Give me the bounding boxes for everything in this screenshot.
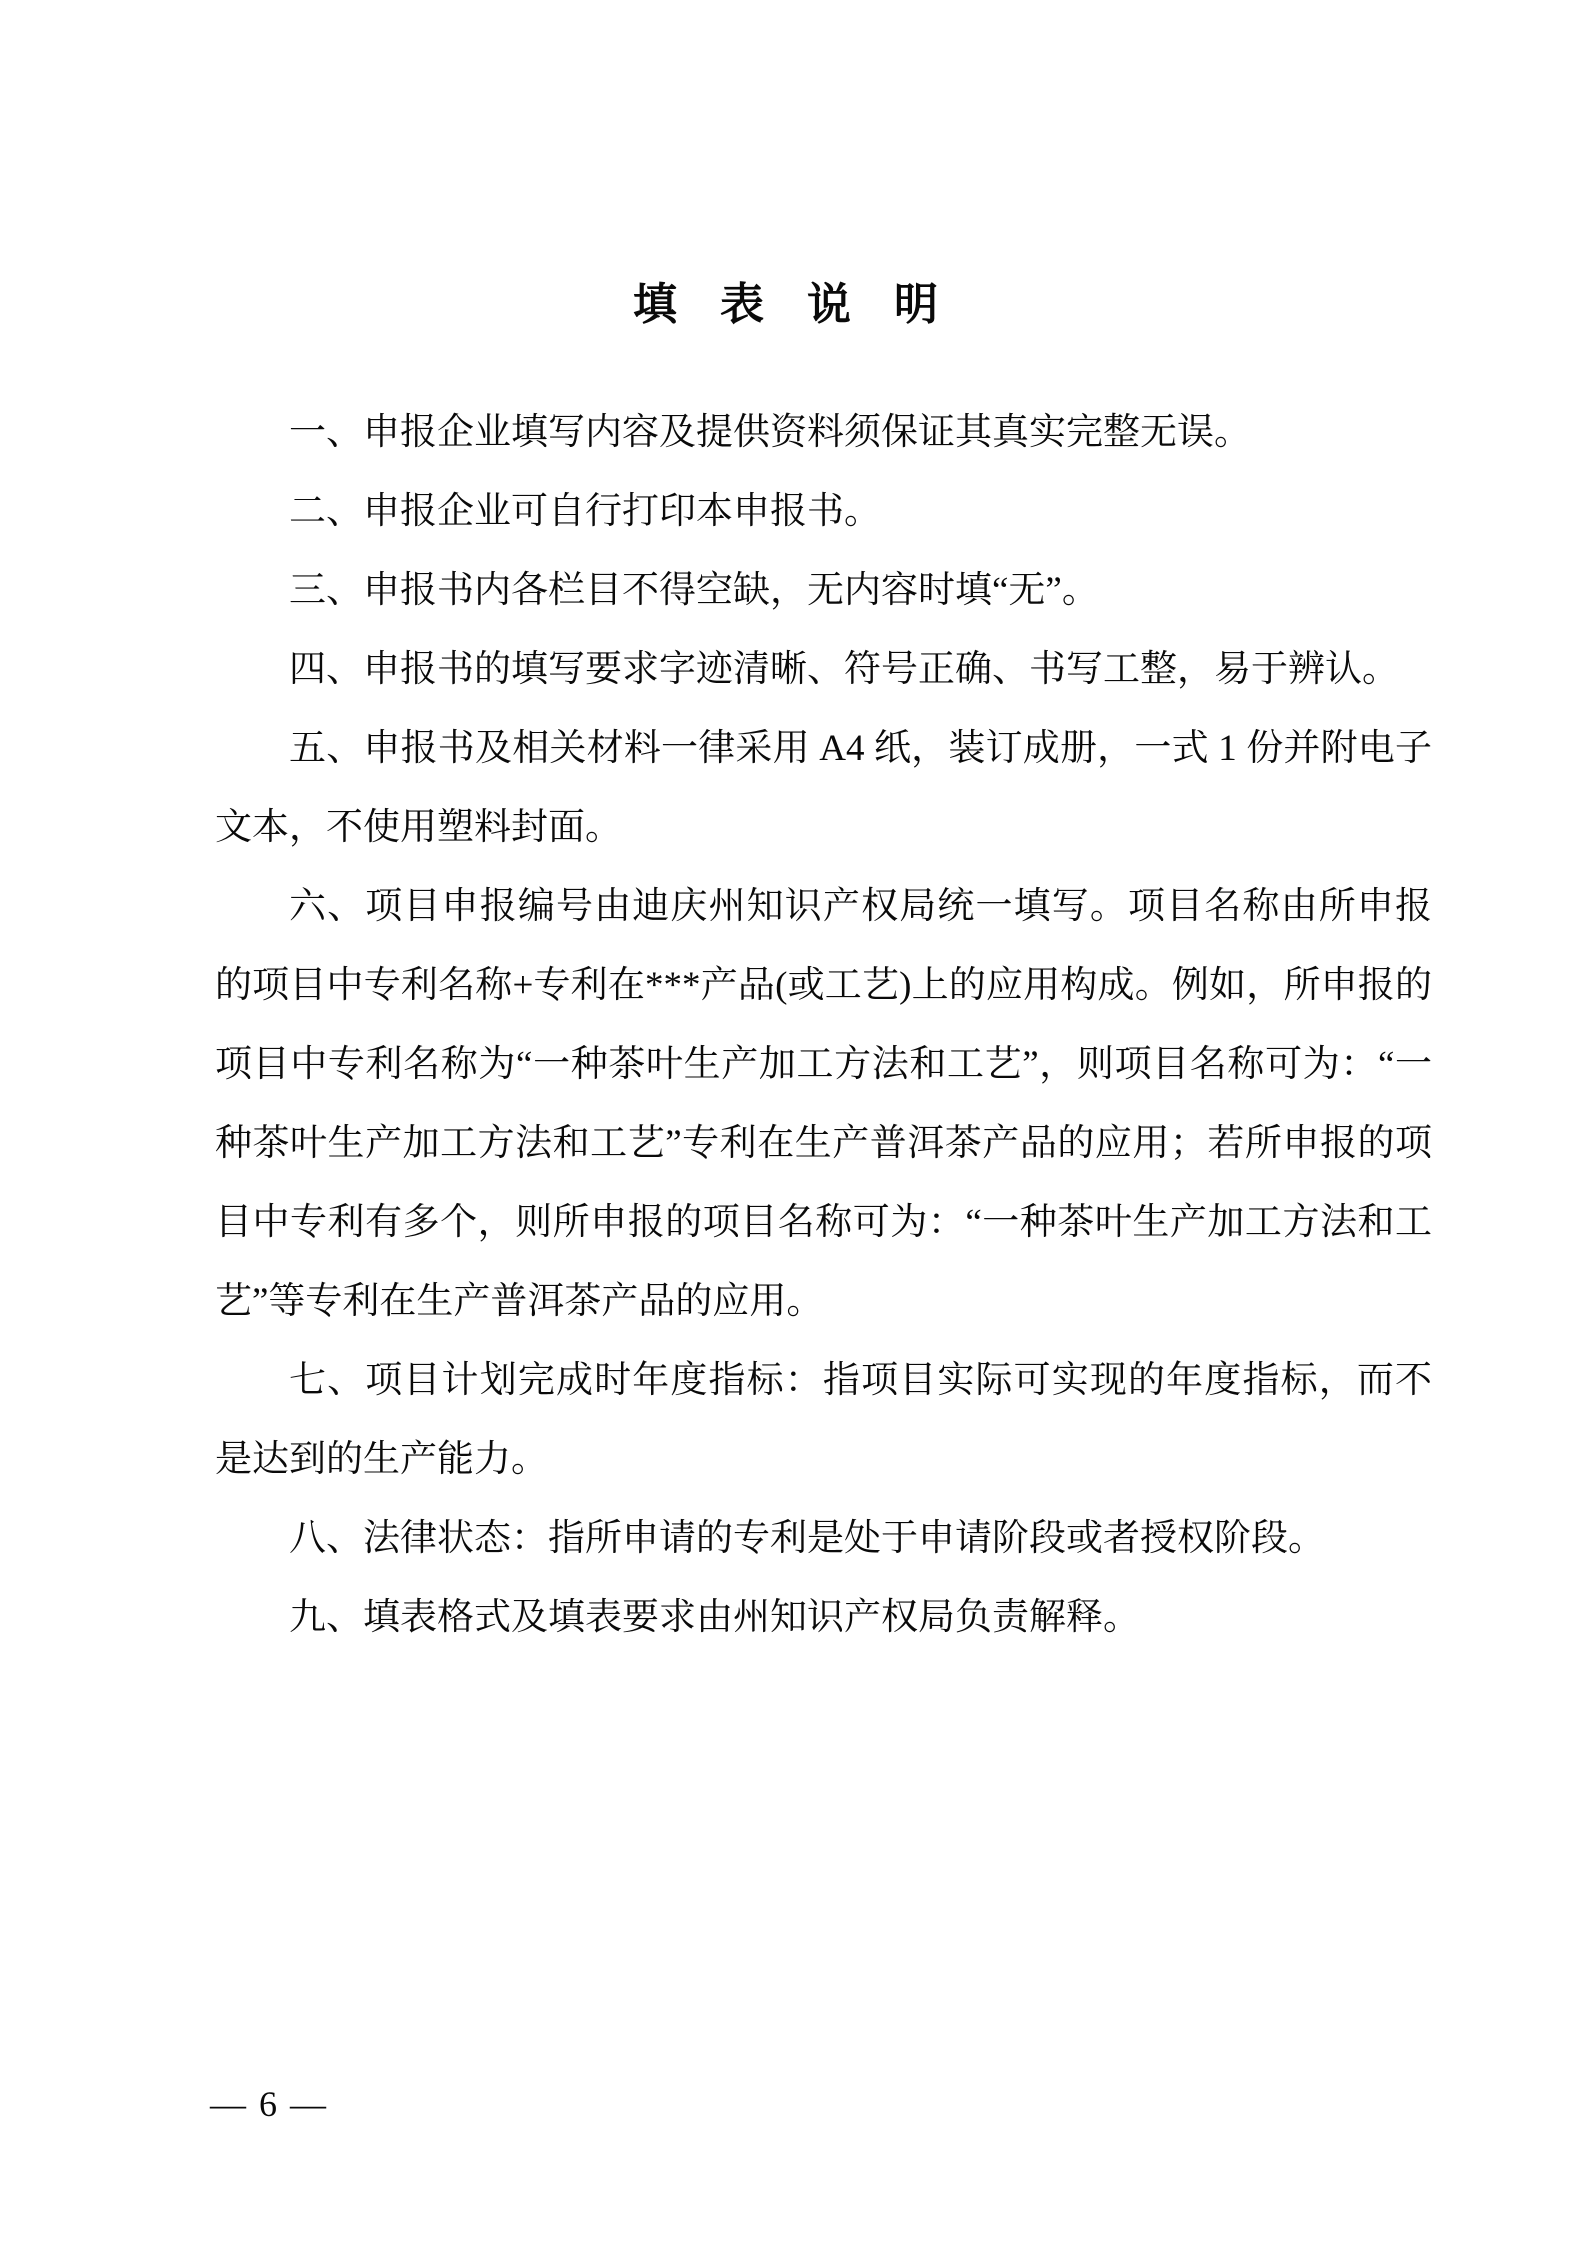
instruction-paragraph-3: 三、申报书内各栏目不得空缺，无内容时填“无”。 xyxy=(215,551,1432,630)
instructions-list: 一、申报企业填写内容及提供资料须保证其真实完整无误。二、申报企业可自行打印本申报… xyxy=(0,393,1587,1657)
document-page: 填 表 说 明 一、申报企业填写内容及提供资料须保证其真实完整无误。二、申报企业… xyxy=(0,0,1587,2245)
page-number: — 6 — xyxy=(210,2084,328,2124)
page-footer: — 6 — xyxy=(210,2082,328,2126)
page-title: 填 表 说 明 xyxy=(0,0,1587,327)
instruction-paragraph-4: 四、申报书的填写要求字迹清晰、符号正确、书写工整，易于辨认。 xyxy=(215,630,1432,709)
instruction-paragraph-5: 五、申报书及相关材料一律采用 A4 纸，装订成册，一式 1 份并附电子文本，不使… xyxy=(215,709,1432,867)
instruction-paragraph-2: 二、申报企业可自行打印本申报书。 xyxy=(215,472,1432,551)
instruction-paragraph-9: 九、填表格式及填表要求由州知识产权局负责解释。 xyxy=(215,1578,1432,1657)
instruction-paragraph-7: 七、项目计划完成时年度指标：指项目实际可实现的年度指标，而不是达到的生产能力。 xyxy=(215,1341,1432,1499)
instruction-paragraph-8: 八、法律状态：指所申请的专利是处于申请阶段或者授权阶段。 xyxy=(215,1499,1432,1578)
instruction-paragraph-6: 六、项目申报编号由迪庆州知识产权局统一填写。项目名称由所申报的项目中专利名称+专… xyxy=(215,867,1432,1341)
instruction-paragraph-1: 一、申报企业填写内容及提供资料须保证其真实完整无误。 xyxy=(215,393,1432,472)
